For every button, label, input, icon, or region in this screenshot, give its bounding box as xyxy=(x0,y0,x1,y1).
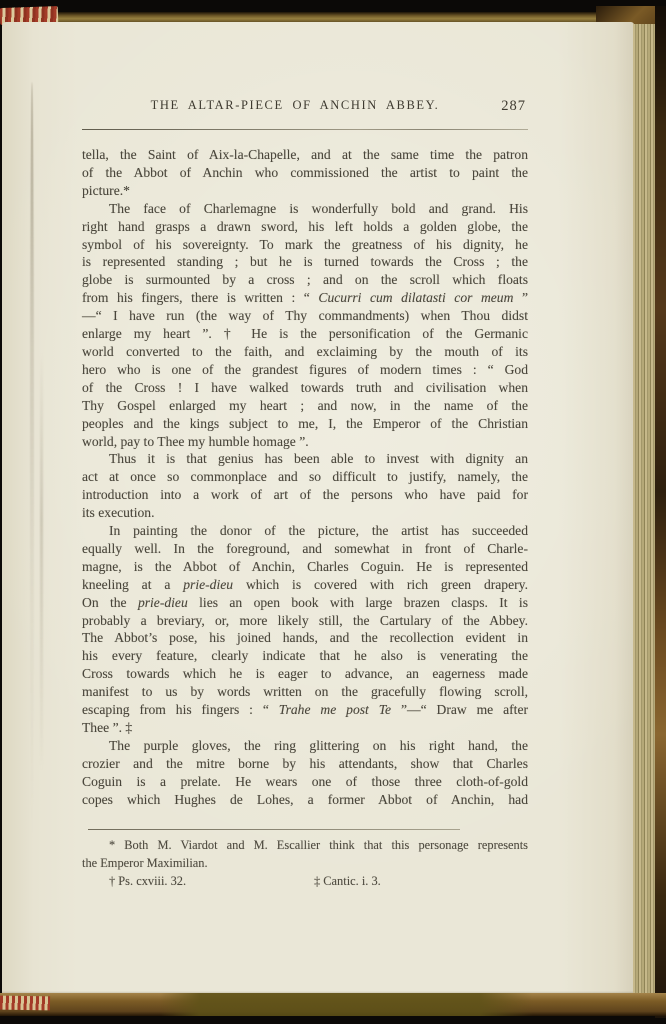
text-line: its execution. xyxy=(82,504,528,522)
book-headband-bottom xyxy=(0,996,50,1011)
text-line: probably a breviary, or, more likely sti… xyxy=(82,612,528,630)
text-line: copes which Hughes de Lohes, a former Ab… xyxy=(82,791,528,809)
text-line: of the Abbot of Anchin who commissioned … xyxy=(82,164,528,182)
text-line: picture.* xyxy=(82,182,528,200)
text-line: Coguin is a prelate. He wears one of tho… xyxy=(82,773,528,791)
text-line: Thee ”. ‡ xyxy=(82,719,528,737)
running-header: THE ALTAR-PIECE OF ANCHIN ABBEY. 287 xyxy=(82,98,528,118)
photo-background: { "header": { "title": "THE ALTAR-PIECE … xyxy=(0,0,666,1024)
page-text-block: THE ALTAR-PIECE OF ANCHIN ABBEY. 287 tel… xyxy=(82,98,528,890)
text-line: hero who is one of the grandest figures … xyxy=(82,361,528,379)
footnote-psalm-ref: † Ps. cxviii. 32. xyxy=(109,872,186,890)
text-line: is represented standing ; but he is turn… xyxy=(82,253,528,271)
text-line: escaping from his fingers : “ Trahe me p… xyxy=(82,701,528,719)
text-line: Cross towards which he is eager to advan… xyxy=(82,665,528,683)
page-crease xyxy=(30,82,34,842)
text-line: —“ I have run (the way of Thy commandmen… xyxy=(82,307,528,325)
text-line: world converted to the faith, and exclai… xyxy=(82,343,528,361)
text-line: enlarge my heart ”. † He is the personif… xyxy=(82,325,528,343)
header-rule xyxy=(82,129,528,130)
footnote-line: the Emperor Maximilian. xyxy=(82,854,528,872)
text-line: kneeling at a prie-dieu which is covered… xyxy=(82,576,528,594)
text-line: act at once so commonplace and so diffic… xyxy=(82,468,528,486)
text-line: his every feature, clearly indicate that… xyxy=(82,647,528,665)
book-page: THE ALTAR-PIECE OF ANCHIN ABBEY. 287 tel… xyxy=(2,22,634,995)
footnotes: * Both M. Viardot and M. Escallier think… xyxy=(82,836,528,890)
text-line: right hand grasps a drawn sword, his lef… xyxy=(82,218,528,236)
text-line: The face of Charlemagne is wonderfully b… xyxy=(82,200,528,218)
footnote-line: * Both M. Viardot and M. Escallier think… xyxy=(82,836,528,854)
text-line: of the Cross ! I have walked towards tru… xyxy=(82,379,528,397)
scanned-book-photo: THE ALTAR-PIECE OF ANCHIN ABBEY. 287 tel… xyxy=(0,0,666,1024)
text-line: In painting the donor of the picture, th… xyxy=(82,522,528,540)
text-line: Thy Gospel enlarged my heart ; and now, … xyxy=(82,397,528,415)
text-line: equally well. In the foreground, and som… xyxy=(82,540,528,558)
footnote-row: † Ps. cxviii. 32. ‡ Cantic. i. 3. xyxy=(82,872,528,890)
footnote-rule xyxy=(88,829,460,830)
text-line: globe is surmounted by a cross ; and on … xyxy=(82,271,528,289)
book-bottom-cover xyxy=(0,993,666,1016)
text-line: crozier and the mitre borne by his atten… xyxy=(82,755,528,773)
text-line: symbol of his sovereignty. To mark the g… xyxy=(82,236,528,254)
text-line: The Abbot’s pose, his joined hands, and … xyxy=(82,629,528,647)
text-line: world, pay to Thee my humble homage ”. xyxy=(82,433,528,451)
text-line: peoples and the kings subject to me, I, … xyxy=(82,415,528,433)
text-line: magne, is the Abbot of Anchin, Charles C… xyxy=(82,558,528,576)
page-number: 287 xyxy=(501,98,526,115)
text-line: On the prie-dieu lies an open book with … xyxy=(82,594,528,612)
body-text: tella, the Saint of Aix-la-Chapelle, and… xyxy=(82,146,528,809)
text-line: from his fingers, there is written : “ C… xyxy=(82,289,528,307)
text-line: introduction into a work of art of the p… xyxy=(82,486,528,504)
text-line: tella, the Saint of Aix-la-Chapelle, and… xyxy=(82,146,528,164)
page-crease xyxy=(40,352,43,772)
footnote-canticle-ref: ‡ Cantic. i. 3. xyxy=(314,872,381,890)
text-line: The purple gloves, the ring glittering o… xyxy=(82,737,528,755)
text-line: manifest to us by words written on the g… xyxy=(82,683,528,701)
running-header-title: THE ALTAR-PIECE OF ANCHIN ABBEY. xyxy=(72,98,518,113)
text-line: Thus it is that genius has been able to … xyxy=(82,450,528,468)
book-cover-right xyxy=(655,6,666,1018)
